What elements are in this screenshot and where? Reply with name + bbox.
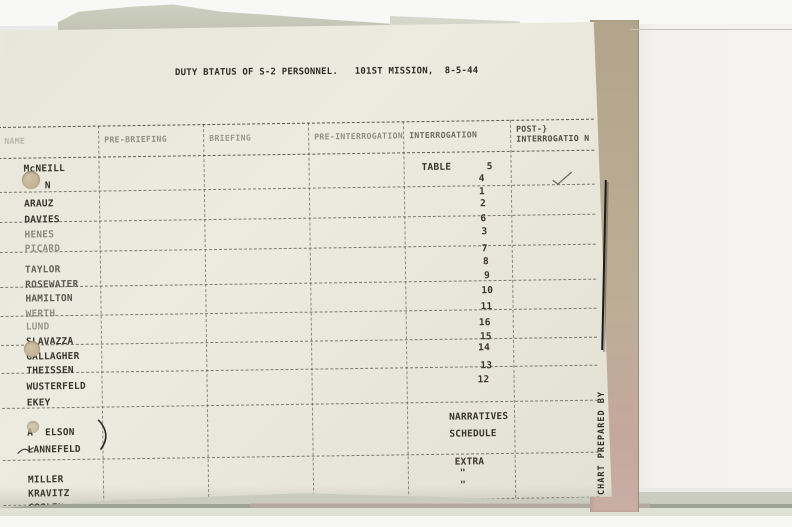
scan-hairline — [630, 29, 792, 30]
chart-prepared-by-label: CHART PREPARED BY — [597, 345, 623, 495]
column-header-pre-interrogation: PRE-INTERROGATION — [314, 130, 403, 141]
interrogation-entry: 4 — [479, 173, 485, 184]
hole-punch — [27, 421, 39, 433]
page-stack-band — [0, 516, 792, 527]
interrogation-entry: SCHEDULE — [449, 428, 497, 440]
interrogation-entry: 3 — [481, 226, 487, 237]
personnel-name: EKEY — [27, 397, 51, 408]
interrogation-entry: 13 — [480, 360, 492, 371]
interrogation-entry: 7 — [482, 243, 488, 254]
interrogation-entry: 8 — [483, 256, 489, 267]
interrogation-entry: NARRATIVES — [449, 411, 508, 423]
interrogation-entry: 11 — [480, 301, 492, 312]
pen-mark-squiggle — [17, 446, 35, 456]
adjacent-page — [636, 24, 792, 488]
column-header-post-: POST-}INTERROGATIO N — [516, 123, 589, 144]
check-mark-icon — [552, 171, 574, 186]
personnel-name: TAYLOR — [25, 264, 61, 275]
table-body: McNEILLNARAUZDAVIESHENESPICARDTAYLORROSE… — [0, 150, 599, 506]
column-header-pre-briefing: PRE-BRIEFING — [104, 134, 167, 145]
personnel-name: HENES — [24, 229, 54, 240]
column-header-briefing: BRIEFING — [209, 132, 251, 143]
document-paper: DUTY BTATUS OF S-2 PERSONNEL. 101ST MISS… — [0, 18, 618, 512]
page-stack-band — [0, 508, 792, 516]
interrogation-entry: 10 — [481, 285, 493, 296]
personnel-name: N — [45, 180, 51, 191]
scanned-document: DUTY BTATUS OF S-2 PERSONNEL. 101ST MISS… — [0, 0, 792, 527]
column-header-interrogation: INTERROGATION — [409, 129, 477, 140]
document-title: DUTY BTATUS OF S-2 PERSONNEL. 101ST MISS… — [175, 66, 478, 78]
personnel-name: LUND — [26, 321, 50, 332]
interrogation-entry: 1 — [479, 186, 485, 197]
personnel-name: HAMILTON — [25, 293, 73, 305]
personnel-name: WUSTERFELD — [27, 381, 86, 393]
personnel-name: MILLER — [28, 474, 64, 485]
hole-punch — [24, 341, 40, 357]
column-header-name: NAME — [4, 136, 25, 146]
table-row: A ELSONLANNEFELD — [2, 401, 599, 461]
interrogation-entry: 12 — [478, 374, 490, 385]
interrogation-entry: 2 — [480, 198, 486, 209]
interrogation-entry: TABLE 5 — [422, 161, 493, 173]
pen-mark-paren — [96, 419, 114, 451]
hole-punch — [22, 171, 40, 189]
interrogation-entry: 14 — [478, 342, 490, 353]
interrogation-entry: 16 — [479, 317, 491, 328]
interrogation-entry: EXTRA — [455, 456, 485, 467]
interrogation-entry: 9 — [484, 270, 490, 281]
interrogation-entry: 6 — [480, 213, 486, 224]
duty-status-table: NAMEPRE-BRIEFINGBRIEFINGPRE-INTERROGATIO… — [0, 119, 599, 509]
interrogation-entry: 15 — [480, 331, 492, 342]
interrogation-entry: " — [460, 468, 466, 479]
personnel-name: ARAUZ — [24, 198, 54, 209]
